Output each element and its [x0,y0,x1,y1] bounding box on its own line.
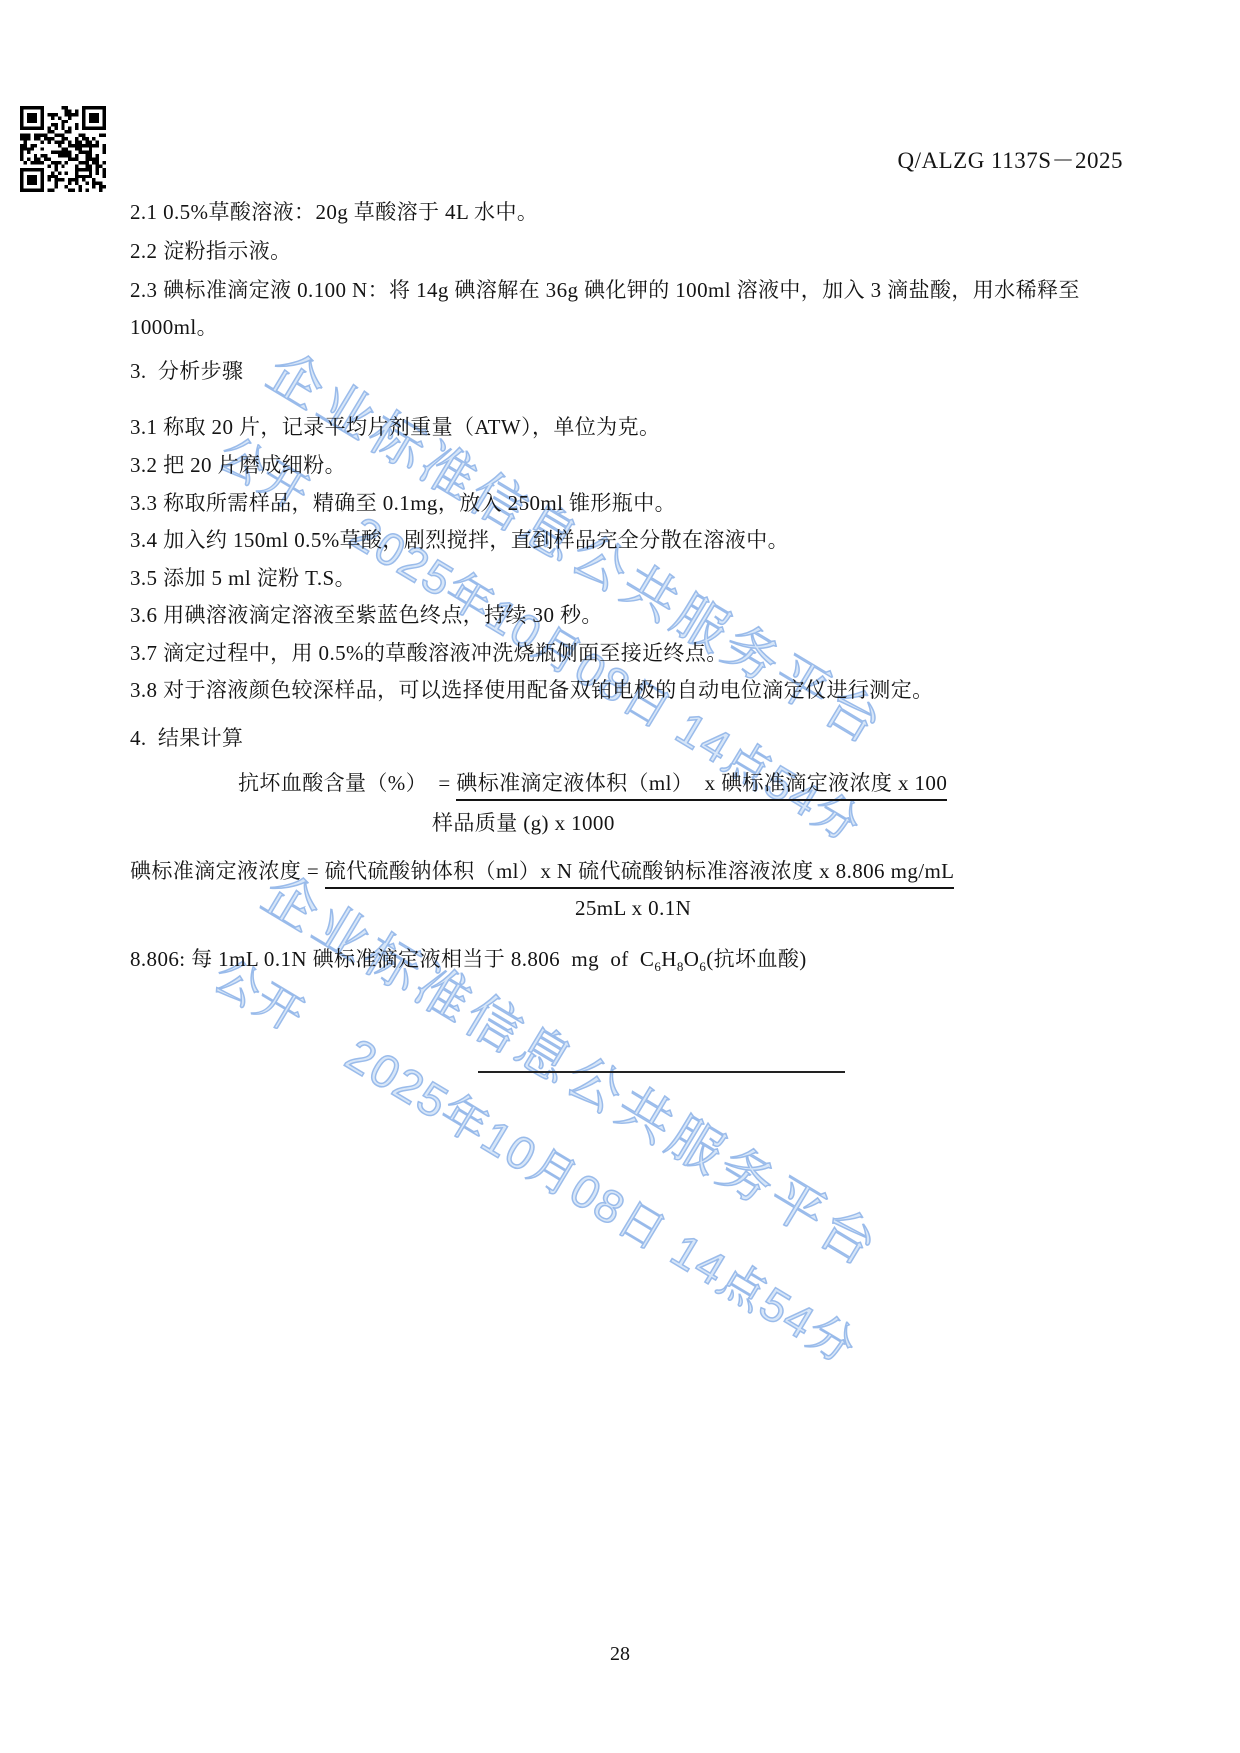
conversion-note: 8.806: 每 1mL 0.1N 碘标准滴定液相当于 8.806 mg of … [130,948,807,975]
paragraph-3-6: 3.6 用碘溶液滴定溶液至紫蓝色终点，持续 30 秒。 [130,604,603,627]
watermark-timestamp-line: 公开2025年10月08日 14点54分 [203,940,871,1378]
paragraph-2-3: 2.3 碘标准滴定液 0.100 N：将 14g 碘溶解在 36g 碘化钾的 1… [130,279,1080,302]
formula-ascorbic-content: 抗坏血酸含量（%） = 碘标准滴定液体积（ml） x 碘标准滴定液浓度 x 10… [238,772,947,795]
paragraph-3-8: 3.8 对于溶液颜色较深样品，可以选择使用配备双铂电极的自动电位滴定仪进行测定。 [130,679,934,702]
formula-iodine-concentration: 碘标准滴定液浓度 = 硫代硫酸钠体积（ml）x N 硫代硫酸钠标准溶液浓度 x … [130,860,954,883]
formula2-denominator: 25mL x 0.1N [575,897,691,920]
formula2-numerator: 硫代硫酸钠体积（ml）x N 硫代硫酸钠标准溶液浓度 x 8.806 mg/mL [325,859,955,889]
divider-line [478,1071,845,1073]
paragraph-2-3-continuation: 1000ml。 [130,316,218,339]
paragraph-3-4: 3.4 加入约 150ml 0.5%草酸，剧烈搅拌，直到样品完全分散在溶液中。 [130,529,789,552]
formula1-lhs: 抗坏血酸含量（%） = [238,771,456,795]
qr-code-icon [20,106,106,192]
paragraph-2-1: 2.1 0.5%草酸溶液：20g 草酸溶于 4L 水中。 [130,201,538,224]
formula2-lhs: 碘标准滴定液浓度 = [130,859,325,883]
paragraph-2-2: 2.2 淀粉指示液。 [130,240,292,263]
formula1-numerator: 碘标准滴定液体积（ml） x 碘标准滴定液浓度 x 100 [456,771,947,801]
paragraph-3-7: 3.7 滴定过程中，用 0.5%的草酸溶液冲洗烧瓶侧面至接近终点。 [130,642,728,665]
note-suffix: (抗坏血酸) [706,947,806,971]
chem-h: H [661,947,677,971]
watermark-band-lower: 企业标准信息公共服务平台 公开2025年10月08日 14点54分 [203,852,924,1378]
formula1-denominator: 样品质量 (g) x 1000 [432,812,615,835]
paragraph-3-5: 3.5 添加 5 ml 淀粉 T.S。 [130,567,356,590]
doc-code: Q/ALZG 1137S－2025 [897,142,1123,175]
page-number: 28 [0,1643,1240,1666]
document-page: 企业标准信息公共服务平台 公开2025年10月08日 14点54分 企业标准信息… [0,0,1240,1753]
chem-c: C [640,947,654,971]
paragraph-3-1: 3.1 称取 20 片，记录平均片剂重量（ATW），单位为克。 [130,416,660,439]
note-text: 8.806: 每 1mL 0.1N 碘标准滴定液相当于 8.806 mg of [130,947,640,971]
watermark-title: 企业标准信息公共服务平台 [255,330,929,777]
chem-h-sub: 8 [677,959,684,974]
paragraph-3-2: 3.2 把 20 片磨成细粉。 [130,454,346,477]
chem-o: O [684,947,700,971]
watermark-gap [292,1034,342,1064]
section-3-title: 3. 分析步骤 [130,360,243,383]
watermark-timestamp: 2025年10月08日 14点54分 [337,1028,866,1374]
section-4-title: 4. 结果计算 [130,727,243,750]
paragraph-3-3: 3.3 称取所需样品，精确至 0.1mg，放入 250ml 锥形瓶中。 [130,492,676,515]
